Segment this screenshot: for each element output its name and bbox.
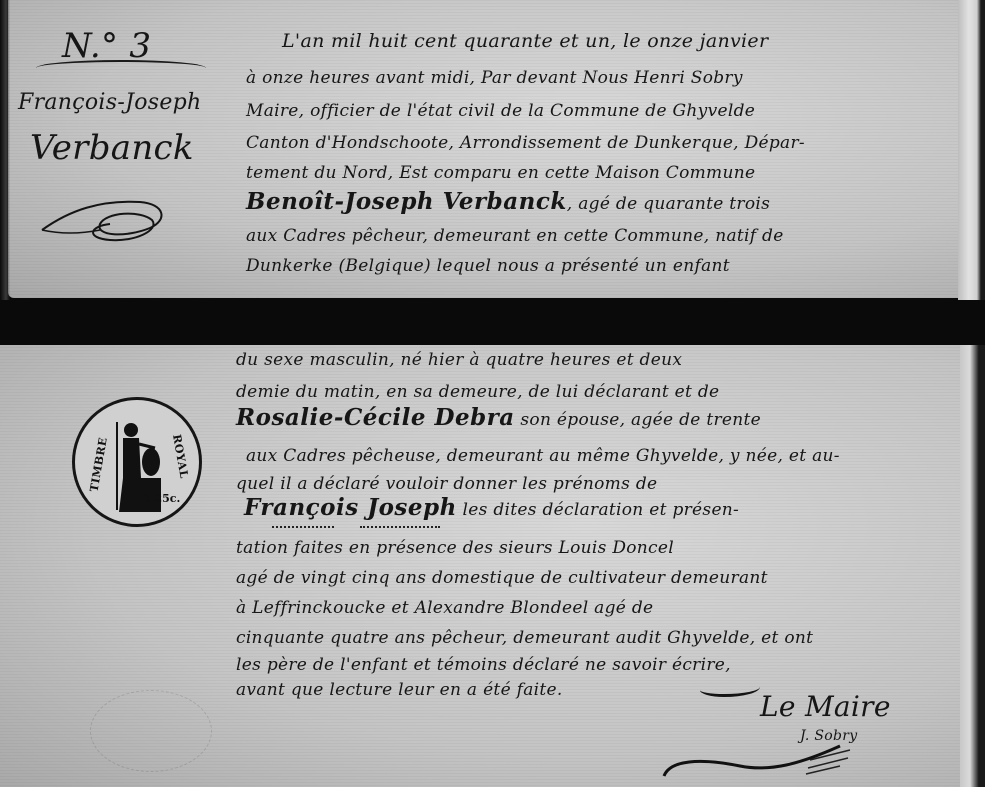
- margin-child-given-names: François-Joseph: [18, 90, 202, 115]
- stamp-value: 1.25c.: [143, 492, 180, 505]
- mother-name: Rosalie-Cécile Debra: [236, 404, 515, 431]
- embossed-seal: [90, 690, 212, 772]
- page-edge-shadow: [0, 0, 10, 300]
- paraph-flourish-icon: [40, 190, 170, 250]
- stamp-text-left: TIMBRE: [87, 436, 109, 493]
- signature-title: Le Maire: [760, 690, 891, 723]
- father-line: Benoît-Joseph Verbanck, agé de quarante …: [246, 188, 770, 215]
- text-line: aux Cadres pêcheuse, demeurant au même G…: [246, 446, 840, 466]
- text-line: L'an mil huit cent quarante et un, le on…: [282, 30, 768, 52]
- text-line: les père de l'enfant et témoins déclaré …: [236, 655, 731, 675]
- text-line: tement du Nord, Est comparu en cette Mai…: [246, 163, 755, 183]
- text-line: quel il a déclaré vouloir donner les pré…: [236, 474, 657, 494]
- declaration-text: les dites déclaration et présen-: [457, 500, 739, 520]
- text-line: demie du matin, en sa demeure, de lui dé…: [236, 382, 719, 402]
- text-line: Maire, officier de l'état civil de la Co…: [246, 101, 755, 121]
- father-age: , agé de quarante trois: [567, 194, 770, 214]
- mother-age: son épouse, agée de trente: [515, 410, 761, 430]
- child-line: François Joseph les dites déclaration et…: [244, 494, 739, 521]
- text-line: avant que lecture leur en a été faite.: [236, 680, 563, 700]
- page-edge-right: [958, 0, 985, 300]
- margin-child-surname: Verbanck: [30, 128, 194, 168]
- royal-tax-stamp: TIMBRE ROYAL 1.25c.: [72, 397, 202, 527]
- text-line: Dunkerke (Belgique) lequel nous a présen…: [246, 256, 730, 276]
- name-underline: [360, 522, 440, 528]
- text-line: à Leffrinckoucke et Alexandre Blondeel a…: [236, 598, 653, 618]
- text-line: agé de vingt cinq ans domestique de cult…: [236, 568, 768, 588]
- text-line: tation faites en présence des sieurs Lou…: [236, 538, 674, 558]
- name-underline: [272, 522, 334, 528]
- text-line: du sexe masculin, né hier à quatre heure…: [236, 350, 682, 370]
- signature-flourish-icon: [660, 740, 860, 780]
- page-edge-right-bottom: [960, 345, 985, 787]
- child-name: François Joseph: [244, 494, 457, 521]
- text-line: aux Cadres pêcheur, demeurant en cette C…: [246, 226, 784, 246]
- text-line: à onze heures avant midi, Par devant Nou…: [246, 68, 743, 88]
- father-name: Benoît-Joseph Verbanck: [246, 188, 567, 215]
- stamp-text-right: ROYAL: [170, 433, 191, 479]
- text-line: Canton d'Hondschoote, Arrondissement de …: [246, 133, 805, 153]
- mother-line: Rosalie-Cécile Debra son épouse, agée de…: [236, 404, 761, 431]
- text-line: cinquante quatre ans pêcheur, demeurant …: [236, 628, 813, 648]
- flourish-line: [36, 60, 206, 76]
